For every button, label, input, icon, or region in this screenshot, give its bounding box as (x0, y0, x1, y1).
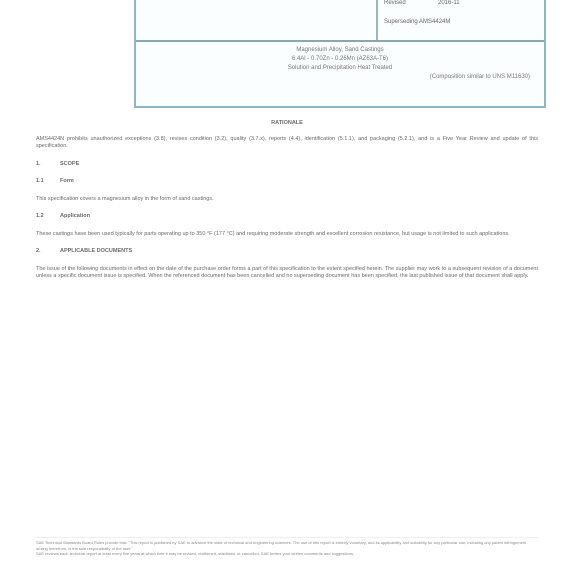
spec-header-box: Revised 2016-11 Superseding AMS4424M Mag… (134, 0, 546, 108)
spec-title: Magnesium Alloy, Sand Castings 6.4Al - 0… (136, 46, 544, 82)
form-text: This specification covers a magnesium al… (36, 196, 538, 204)
section-scope: 1.SCOPE (36, 161, 538, 169)
section-form: 1.1Form (36, 178, 538, 186)
section-applicable-documents: 2.APPLICABLE DOCUMENTS (36, 248, 538, 256)
revision-info: Revised 2016-11 Superseding AMS4424M (376, 0, 546, 40)
section-application: 1.2Application (36, 213, 538, 221)
document-body: RATIONALE AMS4424N prohibits unauthorize… (36, 120, 538, 291)
application-text: These castings have been used typically … (36, 231, 538, 239)
applicable-documents-text: The issue of the following documents in … (36, 266, 538, 281)
revised-field: Revised 2016-11 (384, 0, 406, 6)
header-top-row: Revised 2016-11 Superseding AMS4424M (136, 0, 544, 42)
rationale-text: AMS4424N prohibits unauthorized exceptio… (36, 136, 538, 151)
rationale-heading: RATIONALE (36, 120, 538, 128)
footer-notice: SAE Technical Standards Board Rules prov… (36, 537, 538, 557)
superseding-field: Superseding AMS4424M (384, 19, 450, 25)
